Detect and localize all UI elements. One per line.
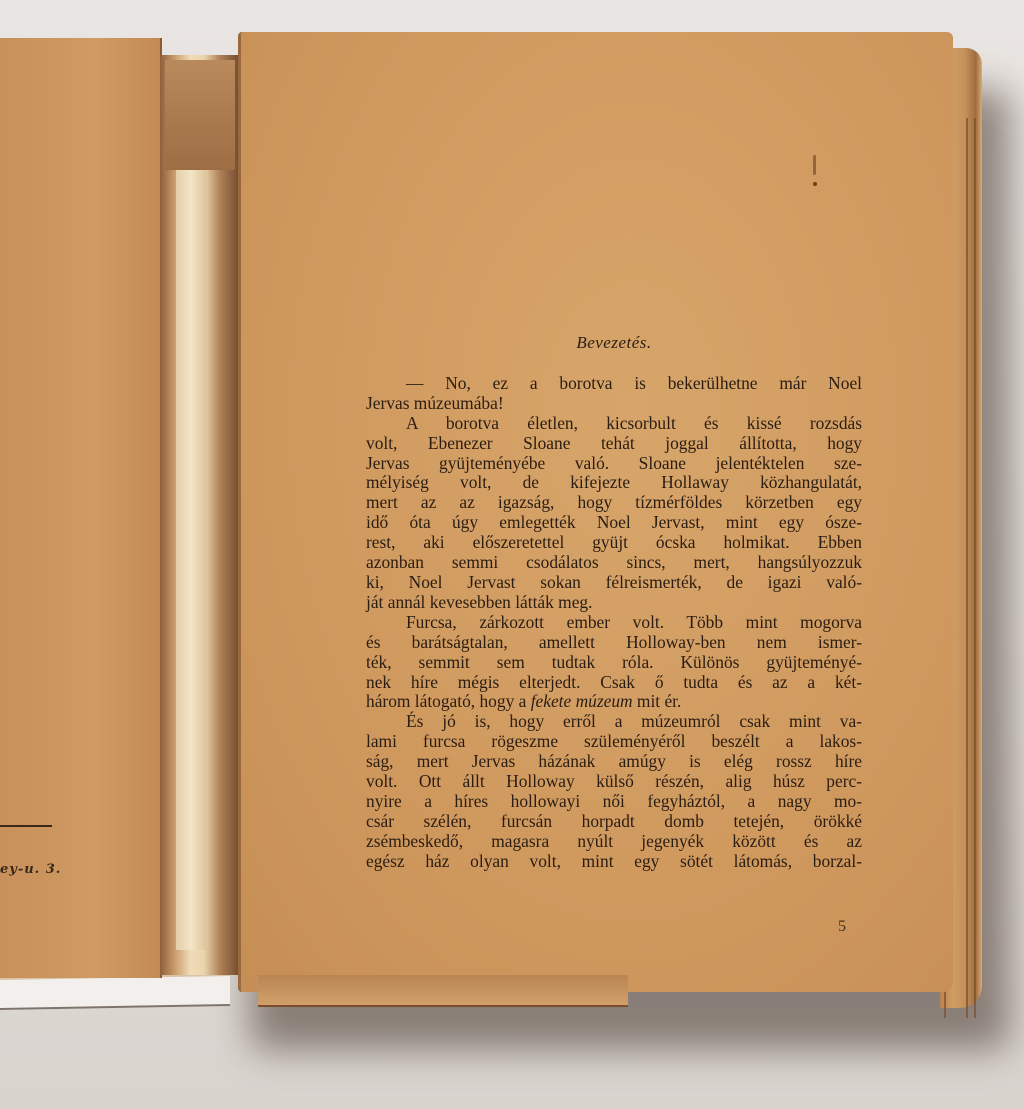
text-line: ki, Noel Jervast sokan félreismerték, de…	[366, 573, 862, 593]
text-line: Furcsa, zárkozott ember volt. Több mint …	[366, 613, 862, 633]
text-line: idő óta úgy emlegették Noel Jervast, min…	[366, 513, 862, 533]
left-underleaf	[0, 973, 230, 1010]
book-photo: ey-u. 3. Bevezetés. — No, ez a borotva i…	[0, 0, 1024, 1109]
text-segment: mélyiség volt, de kifejezte Hollaway köz…	[366, 472, 862, 492]
page-edge-line	[974, 118, 976, 1018]
text-line: ság, mert Jervas házának amúgy is elég r…	[366, 752, 862, 772]
text-segment: és barátságtalan, amellett Holloway-ben …	[366, 632, 862, 652]
text-segment: rest, aki előszeretettel gyüjt ócska hol…	[366, 532, 862, 552]
text-line: azonban semmi csodálatos sincs, mert, ha…	[366, 553, 862, 573]
text-segment: volt. Ott állt Holloway külső részén, al…	[366, 771, 862, 791]
page-text: Bevezetés. — No, ez a borotva is bekerül…	[366, 333, 862, 872]
text-line: Jervas múzeumába!	[366, 394, 862, 414]
text-line: csár szélén, furcsán horpadt domb tetejé…	[366, 812, 862, 832]
ink-dot	[813, 182, 817, 186]
text-line: És jó is, hogy erről a múzeumról csak mi…	[366, 712, 862, 732]
text-segment: nek híre mégis elterjedt. Csak ő tudta é…	[366, 672, 862, 692]
text-segment: Jervas múzeumába!	[366, 393, 504, 413]
ink-stain	[813, 155, 816, 175]
text-segment: idő óta úgy emlegették Noel Jervast, min…	[366, 512, 862, 532]
text-line: Jervas gyüjteményébe való. Sloane jelent…	[366, 454, 862, 474]
text-line: három látogató, hogy a fekete múzeum mit…	[366, 692, 862, 712]
text-line: volt. Ott állt Holloway külső részén, al…	[366, 772, 862, 792]
chapter-title: Bevezetés.	[366, 333, 862, 353]
text-line: ját annál kevesebben látták meg.	[366, 593, 862, 613]
text-segment: Jervas gyüjteményébe való. Sloane jelent…	[366, 453, 862, 473]
text-segment: zsémbeskedő, magasra nyúlt jegenyék közö…	[366, 831, 862, 851]
left-page	[0, 38, 162, 978]
text-segment: azonban semmi csodálatos sincs, mert, ha…	[366, 552, 862, 572]
torn-bottom-flap	[258, 975, 628, 1007]
text-segment: mit ér.	[633, 691, 682, 711]
text-segment: három látogató, hogy a	[366, 691, 531, 711]
page-edge-line	[966, 118, 968, 1018]
text-segment: ki, Noel Jervast sokan félreismerték, de…	[366, 572, 862, 592]
text-segment: Furcsa, zárkozott ember volt. Több mint …	[406, 612, 862, 632]
text-segment: A borotva életlen, kicsorbult és kissé r…	[406, 413, 862, 433]
text-line: volt, Ebenezer Sloane tehát joggal állít…	[366, 434, 862, 454]
text-segment: ság, mert Jervas házának amúgy is elég r…	[366, 751, 862, 771]
text-line: nyire a híres hollowayi női fegyháztól, …	[366, 792, 862, 812]
text-segment: — No, ez a borotva is bekerülhetne már N…	[406, 373, 862, 393]
text-line: és barátságtalan, amellett Holloway-ben …	[366, 633, 862, 653]
text-lines: — No, ez a borotva is bekerülhetne már N…	[366, 374, 862, 872]
text-segment: csár szélén, furcsán horpadt domb tetejé…	[366, 811, 862, 831]
text-line: lami furcsa rögeszme szüleményéről beszé…	[366, 732, 862, 752]
page-number: 5	[838, 918, 846, 936]
text-segment: ték, semmit sem tudtak róla. Különös gyü…	[366, 652, 862, 672]
text-segment: mert az az igazság, hogy tízmérföldes kö…	[366, 492, 862, 512]
text-segment: egész ház olyan volt, mint egy sötét lát…	[366, 851, 862, 871]
text-line: mélyiség volt, de kifejezte Hollaway köz…	[366, 473, 862, 493]
left-page-rule	[0, 825, 52, 827]
text-line: nek híre mégis elterjedt. Csak ő tudta é…	[366, 673, 862, 693]
text-segment: volt, Ebenezer Sloane tehát joggal állít…	[366, 433, 862, 453]
text-segment: lami furcsa rögeszme szüleményéről beszé…	[366, 731, 862, 751]
spine-torn-top	[165, 60, 235, 170]
text-line: egész ház olyan volt, mint egy sötét lát…	[366, 852, 862, 872]
text-segment: És jó is, hogy erről a múzeumról csak mi…	[406, 711, 862, 731]
text-line: ték, semmit sem tudtak róla. Különös gyü…	[366, 653, 862, 673]
spine-binding-strip	[176, 170, 206, 950]
text-segment: ját annál kevesebben látták meg.	[366, 592, 592, 612]
left-page-footer: ey-u. 3.	[0, 862, 61, 877]
text-line: rest, aki előszeretettel gyüjt ócska hol…	[366, 533, 862, 553]
italic-phrase: fekete múzeum	[531, 691, 633, 711]
text-line: zsémbeskedő, magasra nyúlt jegenyék közö…	[366, 832, 862, 852]
text-line: — No, ez a borotva is bekerülhetne már N…	[366, 374, 862, 394]
text-line: mert az az igazság, hogy tízmérföldes kö…	[366, 493, 862, 513]
text-line: A borotva életlen, kicsorbult és kissé r…	[366, 414, 862, 434]
text-segment: nyire a híres hollowayi női fegyháztól, …	[366, 791, 862, 811]
